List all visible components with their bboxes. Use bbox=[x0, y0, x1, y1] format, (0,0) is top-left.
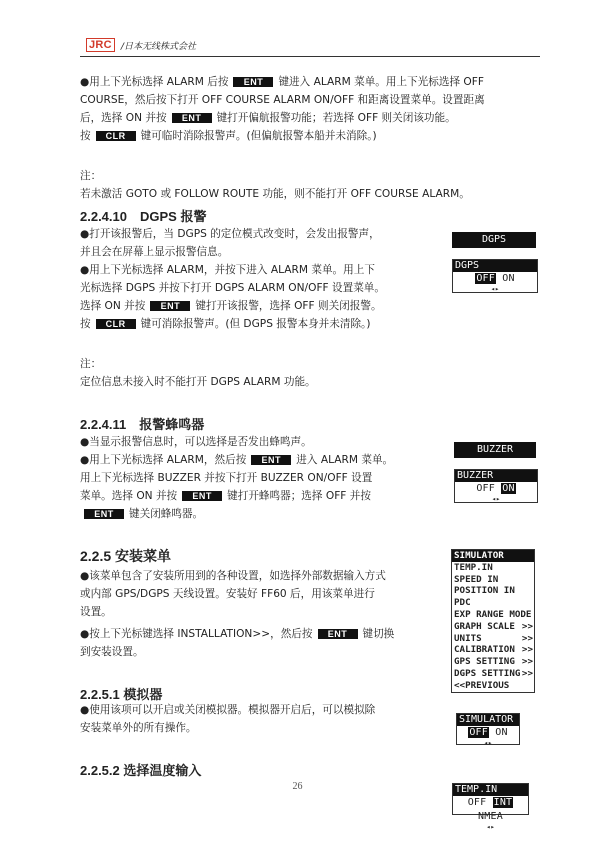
buzzer-setting-panel: BUZZER OFF ON ◂▸ bbox=[454, 469, 538, 503]
text-line: ●用上下光标选择 ALARM，并按下进入 ALARM 菜单。用上下 bbox=[80, 262, 375, 279]
menu-item: TEMP.IN bbox=[452, 562, 534, 574]
text-line: ●打开该报警后，当 DGPS 的定位模式改变时，会发出报警声， bbox=[80, 226, 380, 243]
panel-options: OFF ON bbox=[457, 726, 519, 740]
text-line: ●按上下光标键选择 INSTALLATION>>，然后按ENT键切换 bbox=[80, 626, 394, 643]
ent-key: ENT bbox=[251, 455, 291, 465]
jrc-logo: JRC bbox=[86, 38, 115, 52]
text-line: ●用上下光标选择 ALARM，然后按ENT进入 ALARM 菜单。 bbox=[80, 452, 393, 469]
menu-item: SIMULATOR bbox=[452, 550, 534, 562]
menu-item: UNITS>> bbox=[452, 633, 534, 645]
menu-item: SPEED IN bbox=[452, 574, 534, 586]
menu-item: EXP RANGE MODE bbox=[452, 609, 534, 621]
section-heading-simulator: 2.2.5.1 模拟器 bbox=[80, 684, 162, 703]
note-text: 若未激活 GOTO 或 FOLLOW ROUTE 功能，则不能打开 OFF CO… bbox=[80, 186, 470, 201]
menu-item: GPS SETTING>> bbox=[452, 656, 534, 668]
ent-key: ENT bbox=[318, 629, 358, 639]
panel-bar: DGPS bbox=[453, 260, 537, 272]
text-line: 选择 ON 并按ENT键打开该报警，选择 OFF 则关闭报警。 bbox=[80, 298, 382, 315]
panel-options: OFF ON bbox=[453, 272, 537, 286]
text-line: 或内部 GPS/DGPS 天线设置。安装好 FF60 后，用该菜单进行 bbox=[80, 586, 375, 603]
panel-bar: SIMULATOR bbox=[457, 714, 519, 726]
buzzer-title-panel: BUZZER bbox=[454, 442, 536, 458]
ent-key: ENT bbox=[233, 77, 273, 87]
text-line: ●该菜单包含了安装所用到的各种设置，如选择外部数据输入方式 bbox=[80, 568, 386, 585]
dgps-title-panel: DGPS bbox=[452, 232, 536, 248]
text-line: 用上下光标选择 BUZZER 并按下打开 BUZZER ON/OFF 设置 bbox=[80, 470, 372, 487]
text-line: 按CLR键可消除报警声。(但 DGPS 报警本身并未清除。) bbox=[80, 316, 370, 333]
menu-item: <<PREVIOUS bbox=[452, 680, 534, 692]
text-line: 安装菜单外的所有操作。 bbox=[80, 720, 197, 737]
ent-key: ENT bbox=[150, 301, 190, 311]
text-line: 后，选择 ON 并按ENT键打开偏航报警功能；若选择 OFF 则关闭该功能。 bbox=[80, 110, 456, 127]
text-line: ●使用该项可以开启或关闭模拟器。模拟器开启后，可以模拟除 bbox=[80, 702, 375, 719]
company-name: /日本无线株式会社 bbox=[121, 39, 196, 52]
section-heading-install: 2.2.5 安装菜单 bbox=[80, 546, 171, 566]
panel-options: OFF ON bbox=[455, 482, 537, 496]
text-line: 菜单。选择 ON 并按ENT键打开蜂鸣器；选择 OFF 并按 bbox=[80, 488, 371, 505]
page-number: 26 bbox=[0, 781, 595, 792]
simulator-setting-panel: SIMULATOR OFF ON ◂▸ bbox=[456, 713, 520, 745]
text-line: COURSE，然后按下打开 OFF COURSE ALARM ON/OFF 和距… bbox=[80, 92, 485, 109]
menu-item: POSITION IN bbox=[452, 585, 534, 597]
left-right-arrow-icon: ◂▸ bbox=[455, 496, 537, 502]
page-header: JRC /日本无线株式会社 bbox=[86, 37, 196, 53]
text-line: 设置。 bbox=[80, 604, 112, 621]
text-line: ●用上下光标选择 ALARM 后按ENT键进入 ALARM 菜单。用上下光标选择… bbox=[80, 74, 484, 91]
left-right-arrow-icon: ◂▸ bbox=[457, 740, 519, 746]
left-right-arrow-icon: ◂▸ bbox=[453, 824, 528, 830]
menu-item: DGPS SETTING>> bbox=[452, 668, 534, 680]
section-heading-buzzer: 2.2.4.11 报警蜂鸣器 bbox=[80, 414, 204, 433]
note-text: 定位信息未接入时不能打开 DGPS ALARM 功能。 bbox=[80, 374, 316, 389]
section-heading-temp: 2.2.5.2 选择温度输入 bbox=[80, 760, 201, 779]
text-line: 按CLR键可临时消除报警声。(但偏航报警本船并未消除。) bbox=[80, 128, 377, 145]
clr-key: CLR bbox=[96, 319, 136, 329]
panel-options: OFF INT NMEA bbox=[453, 796, 528, 824]
ent-key: ENT bbox=[182, 491, 222, 501]
panel-bar: BUZZER bbox=[455, 470, 537, 482]
installation-menu-panel: SIMULATORTEMP.INSPEED INPOSITION INPDCEX… bbox=[451, 549, 535, 693]
note-label: 注： bbox=[80, 356, 101, 371]
dgps-setting-panel: DGPS OFF ON ◂▸ bbox=[452, 259, 538, 293]
ent-key: ENT bbox=[84, 509, 124, 519]
text-line: ENT键关闭蜂鸣器。 bbox=[84, 506, 203, 523]
menu-item: GRAPH SCALE>> bbox=[452, 621, 534, 633]
header-rule bbox=[80, 56, 540, 57]
text-line: 光标选择 DGPS 并按下打开 DGPS ALARM ON/OFF 设置菜单。 bbox=[80, 280, 385, 297]
text-line: ●当显示报警信息时，可以选择是否发出蜂鸣声。 bbox=[80, 434, 312, 451]
note-label: 注： bbox=[80, 168, 101, 183]
clr-key: CLR bbox=[96, 131, 136, 141]
left-right-arrow-icon: ◂▸ bbox=[453, 286, 537, 292]
menu-item: PDC bbox=[452, 597, 534, 609]
menu-item: CALIBRATION>> bbox=[452, 644, 534, 656]
text-line: 并且会在屏幕上显示报警信息。 bbox=[80, 244, 228, 261]
section-heading-dgps: 2.2.4.10 DGPS 报警 bbox=[80, 206, 206, 225]
ent-key: ENT bbox=[172, 113, 212, 123]
text-line: 到安装设置。 bbox=[80, 644, 144, 661]
